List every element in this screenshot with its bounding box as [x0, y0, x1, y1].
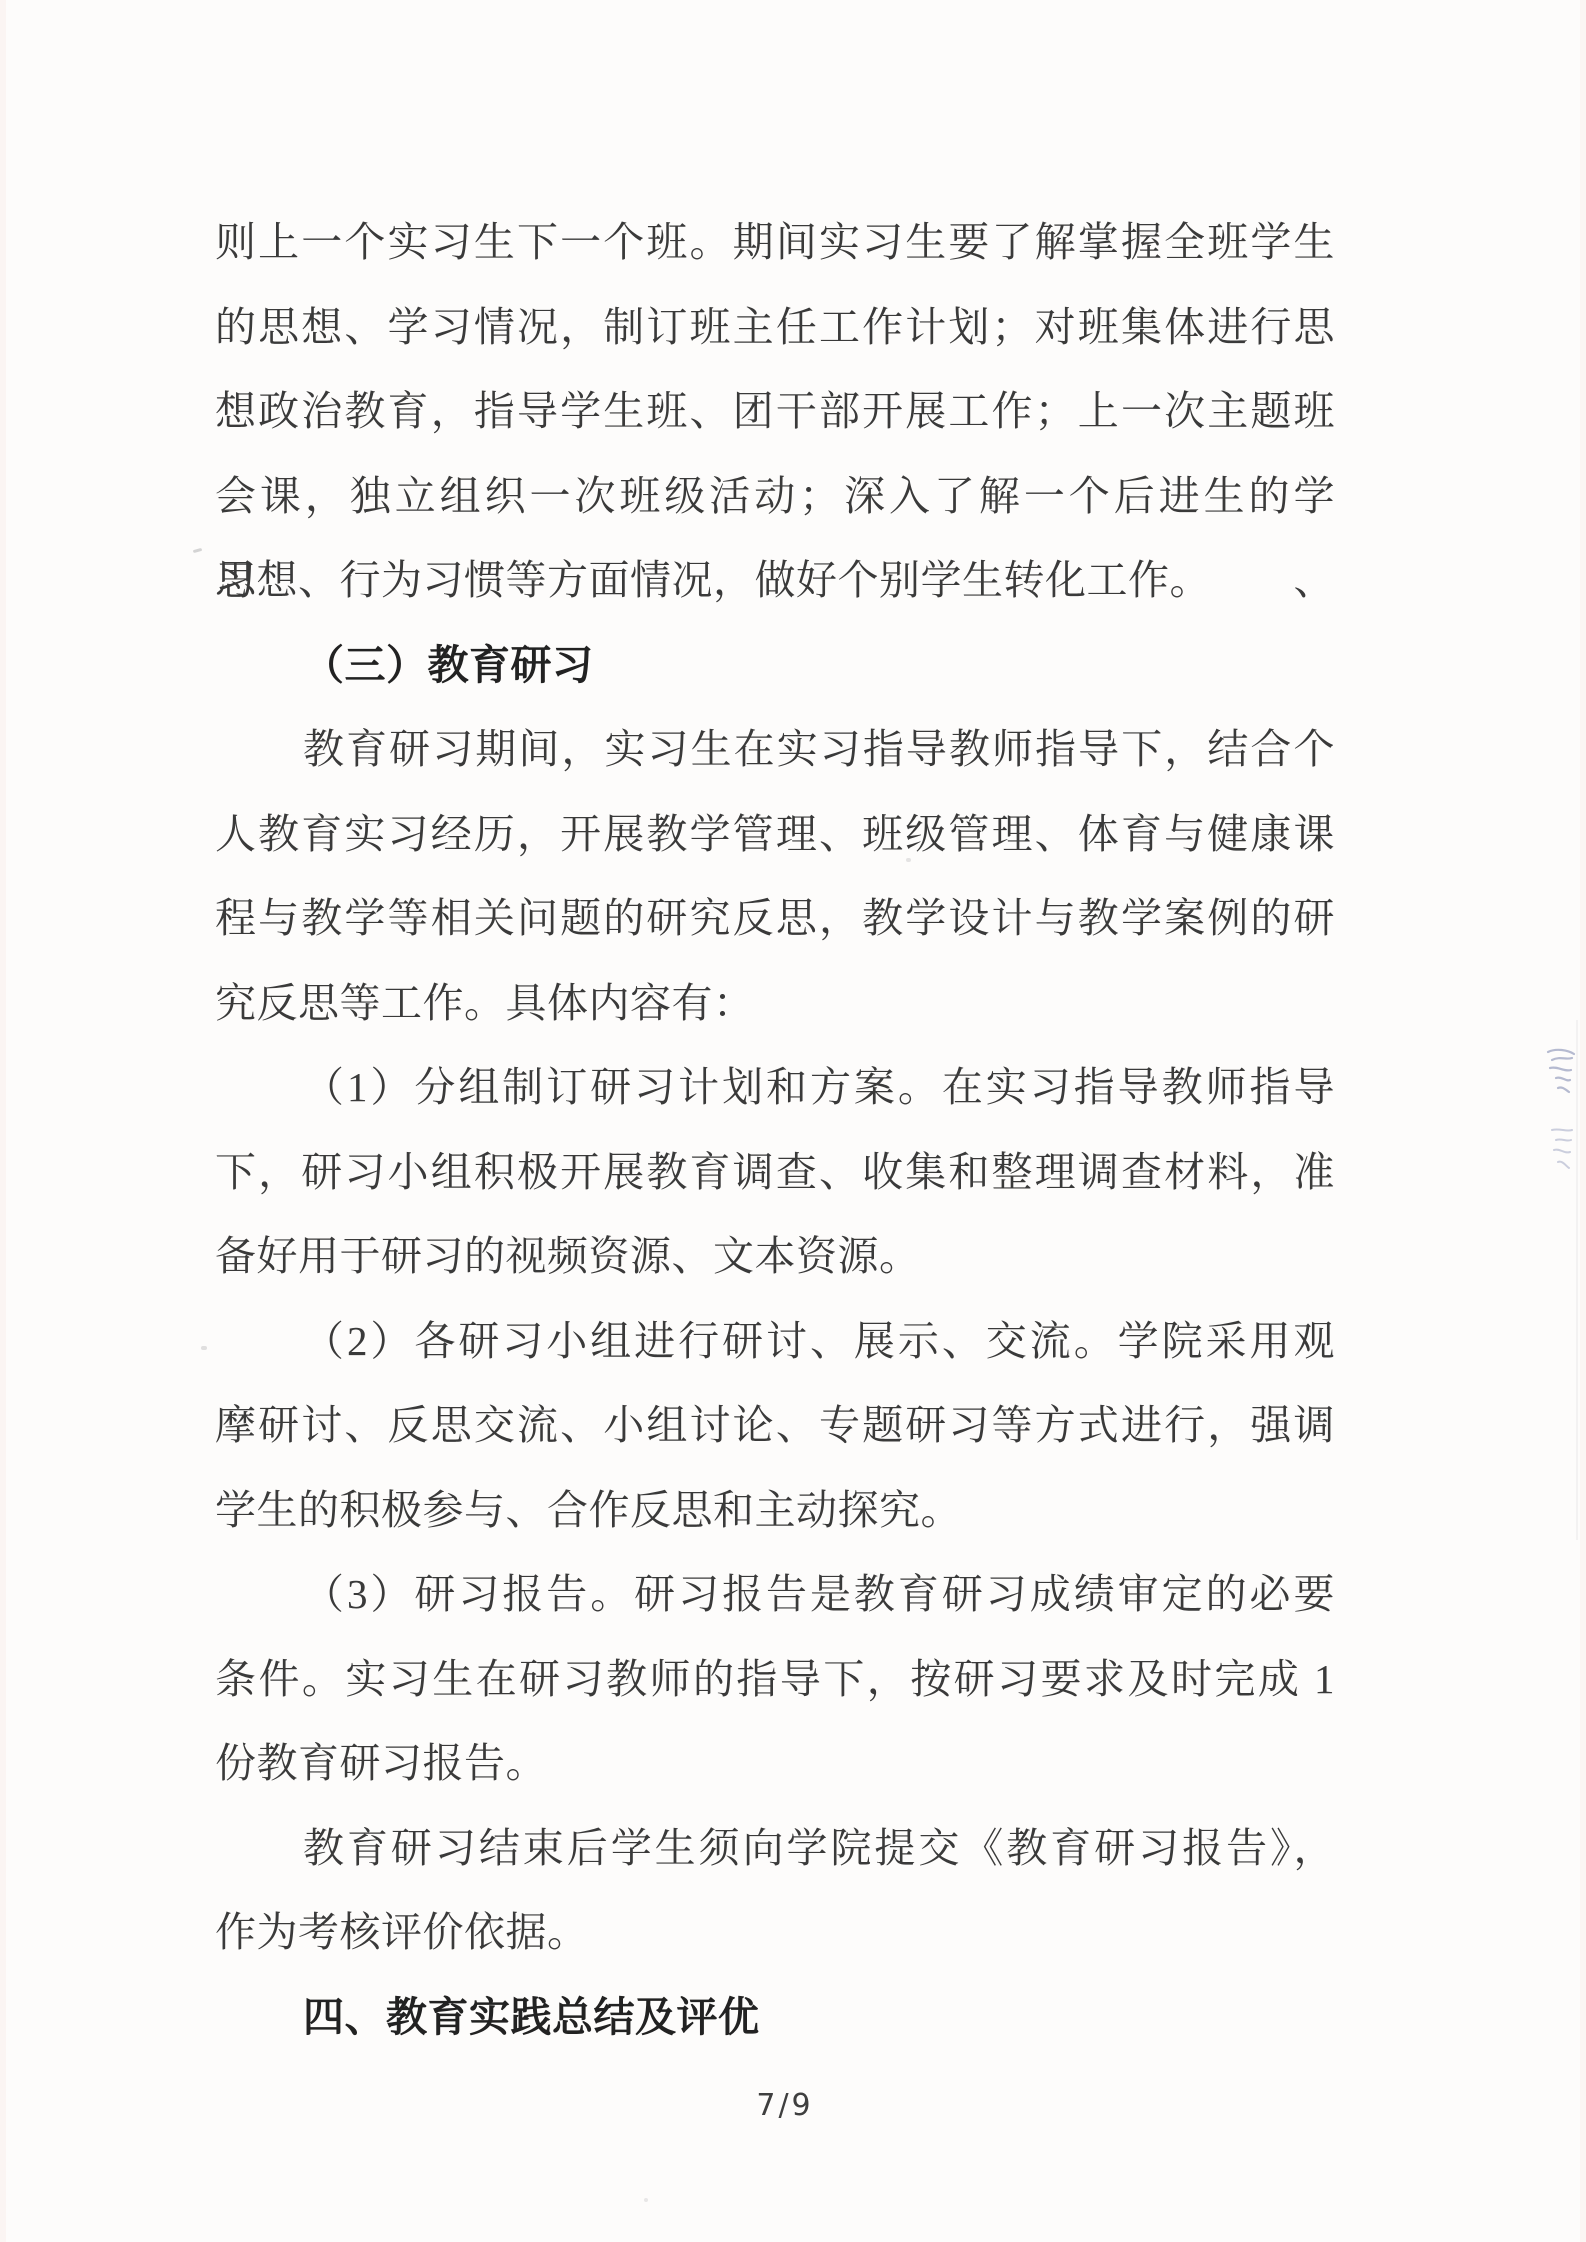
- text-line: 教育研习结束后学生须向学院提交《教育研习报告》，: [215, 1806, 1335, 1891]
- text-line: 教育研习期间，实习生在实习指导教师指导下，结合个: [215, 707, 1335, 792]
- text-line: 条件。实习生在研习教师的指导下，按研习要求及时完成 1: [215, 1637, 1335, 1722]
- text-line: 摩研讨、反思交流、小组讨论、专题研习等方式进行，强调: [215, 1383, 1335, 1468]
- text-line: （3）研习报告。研习报告是教育研习成绩审定的必要: [215, 1552, 1335, 1637]
- text-line: （1）分组制订研习计划和方案。在实习指导教师指导: [215, 1045, 1335, 1130]
- text-line: 下，研习小组积极开展教育调查、收集和整理调查材料，准: [215, 1130, 1335, 1215]
- text-line: 想政治教育，指导学生班、团干部开展工作；上一次主题班: [215, 369, 1335, 454]
- text-line: 思想、行为习惯等方面情况，做好个别学生转化工作。: [215, 538, 1335, 623]
- scan-speck: [644, 2198, 648, 2202]
- text-block: 则上一个实习生下一个班。期间实习生要了解掌握全班学生的思想、学习情况，制订班主任…: [215, 200, 1335, 2059]
- scan-speck: [201, 1346, 207, 1350]
- scan-speck: [193, 548, 202, 553]
- text-line: 学生的积极参与、合作反思和主动探究。: [215, 1468, 1335, 1553]
- text-line: 的思想、学习情况，制订班主任工作计划；对班集体进行思: [215, 285, 1335, 370]
- text-line: 人教育实习经历，开展教学管理、班级管理、体育与健康课: [215, 792, 1335, 877]
- section-heading: （三）教育研习: [215, 623, 1335, 708]
- text-line: （2）各研习小组进行研讨、展示、交流。学院采用观: [215, 1299, 1335, 1384]
- scan-edge-tint-left: [0, 0, 6, 2242]
- scan-edge-line: [1576, 1020, 1578, 1540]
- text-line: 会课，独立组织一次班级活动；深入了解一个后进生的学习、: [215, 454, 1335, 539]
- page-number: 7/9: [215, 2088, 1355, 2123]
- scanned-document-page: 则上一个实习生下一个班。期间实习生要了解掌握全班学生的思想、学习情况，制订班主任…: [0, 0, 1586, 2242]
- text-line: 究反思等工作。具体内容有：: [215, 961, 1335, 1046]
- text-line: 份教育研习报告。: [215, 1721, 1335, 1806]
- scan-speck: [906, 858, 911, 862]
- text-line: 则上一个实习生下一个班。期间实习生要了解掌握全班学生: [215, 200, 1335, 285]
- text-line: 作为考核评价依据。: [215, 1890, 1335, 1975]
- margin-handwriting-fragment: [1546, 1126, 1576, 1174]
- scan-edge-tint-right: [1580, 0, 1586, 2242]
- text-line: 备好用于研习的视频资源、文本资源。: [215, 1214, 1335, 1299]
- section-heading: 四、教育实践总结及评优: [215, 1975, 1335, 2060]
- margin-handwriting-fragment: [1544, 1046, 1578, 1098]
- text-line: 程与教学等相关问题的研究反思，教学设计与教学案例的研: [215, 876, 1335, 961]
